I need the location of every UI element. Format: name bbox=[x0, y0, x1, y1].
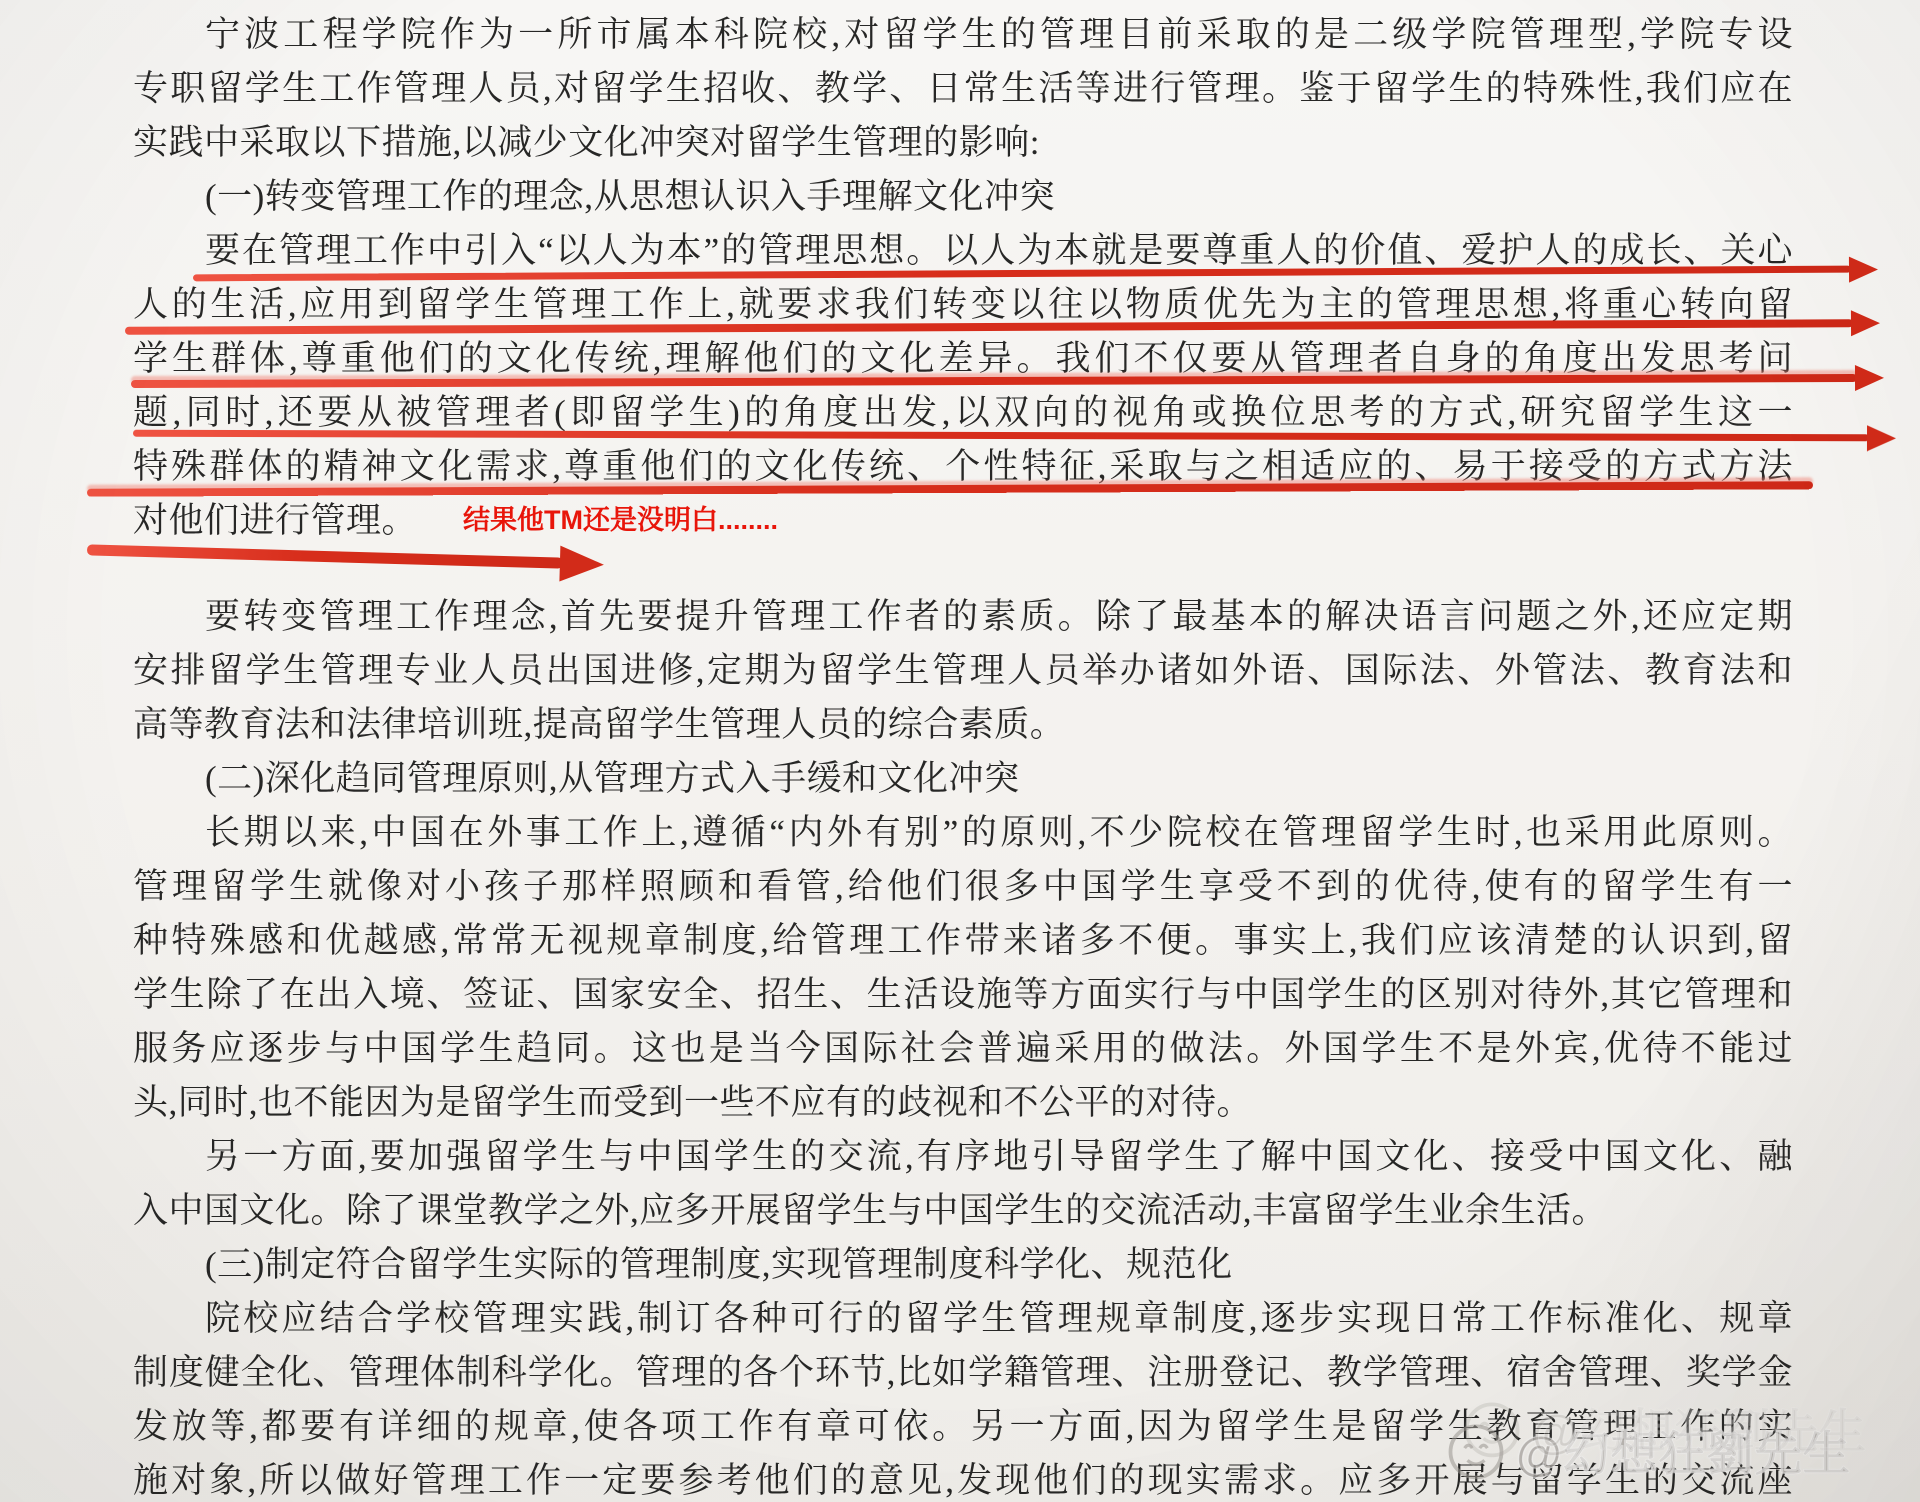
watermark-handle: @幻想狂劉先生 bbox=[1532, 1395, 1867, 1462]
red-arrowhead-icon bbox=[1867, 425, 1896, 451]
text-line: 高等教育法和法律培训班,提高留学生管理人员的综合素质。 bbox=[133, 698, 1793, 752]
document-text-block: 宁波工程学院作为一所市属本科院校,对留学生的管理目前采取的是二级学院管理型,学院… bbox=[133, 8, 1793, 1502]
text-line: 专职留学生工作管理人员,对留学生招收、教学、日常生活等进行管理。鉴于留学生的特殊… bbox=[133, 62, 1793, 116]
line-text: 宁波工程学院作为一所市属本科院校,对留学生的管理目前采取的是二级学院管理型,学院… bbox=[205, 15, 1793, 54]
line-text: 特殊群体的精神文化需求,尊重他们的文化传统、个性特征,采取与之相适应的、易于接受… bbox=[133, 447, 1793, 486]
line-text: 另一方面,要加强留学生与中国学生的交流,有序地引导留学生了解中国文化、接受中国文… bbox=[205, 1137, 1793, 1176]
line-text: 学生群体,尊重他们的文化传统,理解他们的文化差异。我们不仅要从管理者自身的角度出… bbox=[133, 339, 1793, 378]
line-text: 对他们进行管理。 bbox=[133, 501, 417, 540]
text-line: 宁波工程学院作为一所市属本科院校,对留学生的管理目前采取的是二级学院管理型,学院… bbox=[133, 8, 1793, 62]
line-text: 要在管理工作中引入“以人为本”的管理思想。以人为本就是要尊重人的价值、爱护人的成… bbox=[205, 231, 1793, 270]
text-line: 入中国文化。除了课堂教学之外,应多开展留学生与中国学生的交流活动,丰富留学生业余… bbox=[133, 1184, 1793, 1238]
line-text: 种特殊感和优越感,常常无视规章制度,给管理工作带来诸多不便。事实上,我们应该清楚… bbox=[133, 921, 1793, 960]
document-page: 宁波工程学院作为一所市属本科院校,对留学生的管理目前采取的是二级学院管理型,学院… bbox=[0, 0, 1920, 1502]
line-text: (三)制定符合留学生实际的管理制度,实现管理制度科学化、规范化 bbox=[205, 1245, 1233, 1284]
red-annotation-note: 结果他TM还是没明白........ bbox=[463, 494, 778, 546]
watermark-face-logo-icon bbox=[1458, 1394, 1526, 1462]
text-line: 特殊群体的精神文化需求,尊重他们的文化传统、个性特征,采取与之相适应的、易于接受… bbox=[133, 440, 1793, 494]
text-line: 制度健全化、管理体制科学化。管理的各个环节,比如学籍管理、注册登记、教学管理、宿… bbox=[133, 1346, 1793, 1400]
text-line: 院校应结合学校管理实践,制订各种可行的留学生管理规章制度,逐步实现日常工作标准化… bbox=[133, 1292, 1793, 1346]
text-line: 头,同时,也不能因为是留学生而受到一些不应有的歧视和不公平的对待。 bbox=[133, 1076, 1793, 1130]
line-text: 要转变管理工作理念,首先要提升管理工作者的素质。除了最基本的解决语言问题之外,还… bbox=[205, 597, 1793, 636]
text-line: 长期以来,中国在外事工作上,遵循“内外有别”的原则,不少院校在管理留学生时,也采… bbox=[133, 806, 1793, 860]
line-text: 院校应结合学校管理实践,制订各种可行的留学生管理规章制度,逐步实现日常工作标准化… bbox=[205, 1299, 1793, 1338]
text-line: 实践中采取以下措施,以减少文化冲突对留学生管理的影响: bbox=[133, 116, 1793, 170]
line-text: 管理留学生就像对小孩子那样照顾和看管,给他们很多中国学生享受不到的优待,使有的留… bbox=[133, 867, 1793, 906]
section-heading-line: (三)制定符合留学生实际的管理制度,实现管理制度科学化、规范化 bbox=[133, 1238, 1793, 1292]
section-heading-line: (一)转变管理工作的理念,从思想认识入手理解文化冲突 bbox=[133, 170, 1793, 224]
line-text: 人的生活,应用到留学生管理工作上,就要求我们转变以往以物质优先为主的管理思想,将… bbox=[133, 285, 1793, 324]
red-marker-underline bbox=[87, 544, 563, 568]
red-arrowhead-icon bbox=[1849, 256, 1878, 282]
text-line: 另一方面,要加强留学生与中国学生的交流,有序地引导留学生了解中国文化、接受中国文… bbox=[133, 1130, 1793, 1184]
red-arrowhead-icon bbox=[1851, 310, 1880, 336]
line-text: 学生除了在出入境、签证、国家安全、招生、生活设施等方面实行与中国学生的区别对待外… bbox=[133, 975, 1793, 1014]
text-line: 要转变管理工作理念,首先要提升管理工作者的素质。除了最基本的解决语言问题之外,还… bbox=[133, 590, 1793, 644]
text-line: 学生除了在出入境、签证、国家安全、招生、生活设施等方面实行与中国学生的区别对待外… bbox=[133, 968, 1793, 1022]
red-arrowhead-icon bbox=[559, 545, 604, 582]
text-line: 对他们进行管理。结果他TM还是没明白........ bbox=[133, 494, 1793, 548]
line-text: 头,同时,也不能因为是留学生而受到一些不应有的歧视和不公平的对待。 bbox=[133, 1083, 1252, 1122]
line-text: 入中国文化。除了课堂教学之外,应多开展留学生与中国学生的交流活动,丰富留学生业余… bbox=[133, 1191, 1607, 1230]
text-line: 要在管理工作中引入“以人为本”的管理思想。以人为本就是要尊重人的价值、爱护人的成… bbox=[133, 224, 1793, 278]
line-text: (二)深化趋同管理原则,从管理方式入手缓和文化冲突 bbox=[205, 759, 1020, 798]
line-text: 制度健全化、管理体制科学化。管理的各个环节,比如学籍管理、注册登记、教学管理、宿… bbox=[133, 1353, 1793, 1392]
line-text: 题,同时,还要从被管理者(即留学生)的角度出发,以双向的视角或换位思考的方式,研… bbox=[133, 393, 1793, 432]
text-line: 安排留学生管理专业人员出国进修,定期为留学生管理人员举办诸如外语、国际法、外管法… bbox=[133, 644, 1793, 698]
text-line: 种特殊感和优越感,常常无视规章制度,给管理工作带来诸多不便。事实上,我们应该清楚… bbox=[133, 914, 1793, 968]
section-heading-line: (二)深化趋同管理原则,从管理方式入手缓和文化冲突 bbox=[133, 752, 1793, 806]
line-text: 实践中采取以下措施,以减少文化冲突对留学生管理的影响: bbox=[133, 123, 1040, 162]
text-line: 管理留学生就像对小孩子那样照顾和看管,给他们很多中国学生享受不到的优待,使有的留… bbox=[133, 860, 1793, 914]
line-text: 服务应逐步与中国学生趋同。这也是当今国际社会普遍采用的做法。外国学生不是外宾,优… bbox=[133, 1029, 1793, 1068]
line-text: 长期以来,中国在外事工作上,遵循“内外有别”的原则,不少院校在管理留学生时,也采… bbox=[205, 813, 1793, 852]
line-text: 高等教育法和法律培训班,提高留学生管理人员的综合素质。 bbox=[133, 705, 1065, 744]
red-arrowhead-icon bbox=[1855, 365, 1884, 391]
watermark-ghost: @幻想狂劉先生 bbox=[1458, 1394, 1867, 1462]
text-line: 人的生活,应用到留学生管理工作上,就要求我们转变以往以物质优先为主的管理思想,将… bbox=[133, 278, 1793, 332]
watermark: @幻想狂劉先生 @幻想狂劉先生 bbox=[1442, 1416, 1851, 1484]
line-text: 专职留学生工作管理人员,对留学生招收、教学、日常生活等进行管理。鉴于留学生的特殊… bbox=[133, 69, 1793, 108]
line-text: 安排留学生管理专业人员出国进修,定期为留学生管理人员举办诸如外语、国际法、外管法… bbox=[133, 651, 1793, 690]
text-line: 学生群体,尊重他们的文化传统,理解他们的文化差异。我们不仅要从管理者自身的角度出… bbox=[133, 332, 1793, 386]
text-line: 题,同时,还要从被管理者(即留学生)的角度出发,以双向的视角或换位思考的方式,研… bbox=[133, 386, 1793, 440]
text-line: 服务应逐步与中国学生趋同。这也是当今国际社会普遍采用的做法。外国学生不是外宾,优… bbox=[133, 1022, 1793, 1076]
line-text: (一)转变管理工作的理念,从思想认识入手理解文化冲突 bbox=[205, 177, 1055, 216]
